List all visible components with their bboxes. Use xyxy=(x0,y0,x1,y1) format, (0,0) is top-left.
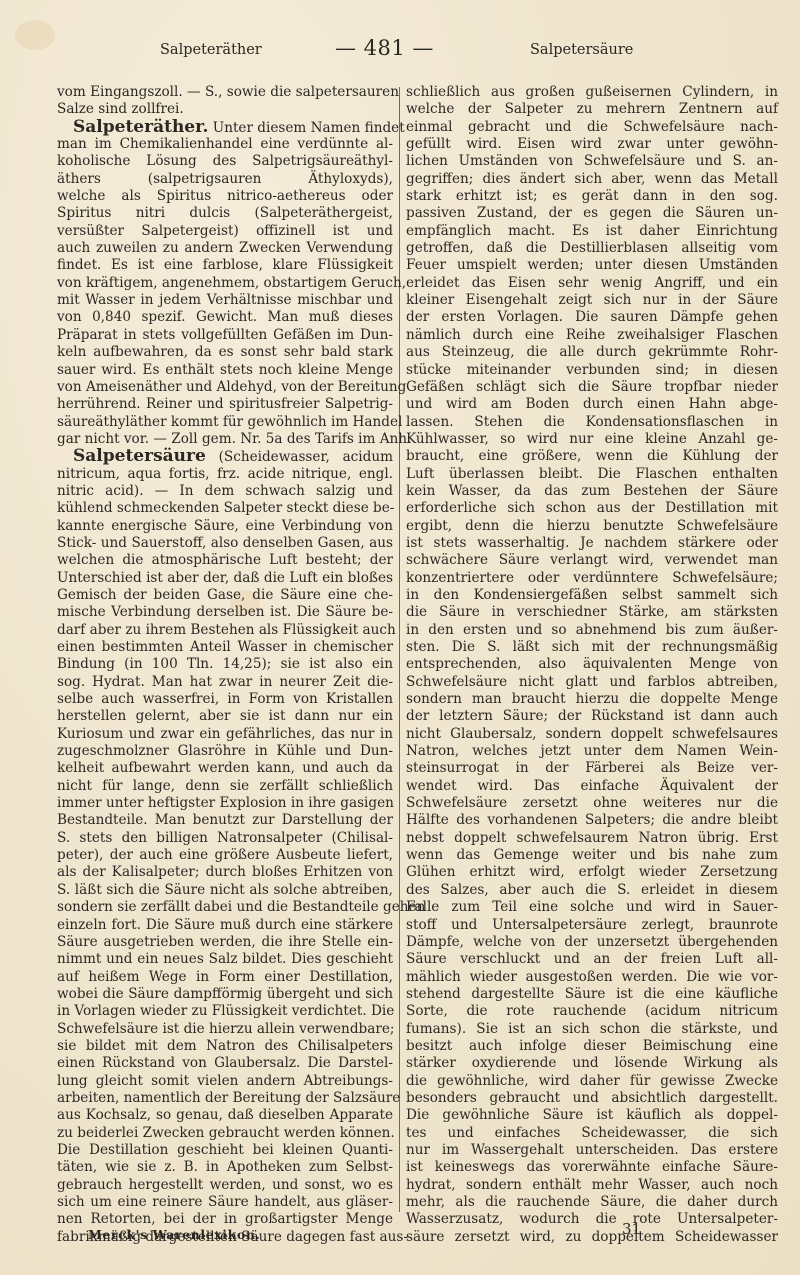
text-line: sog. Hydrat. Man hat zwar in neurer Zeit… xyxy=(57,674,393,691)
text-line: Bindung (in 100 Tln. 14,25); sie ist als… xyxy=(57,656,393,673)
text-line: der ersten Vorlagen. Die sauren Dämpfe g… xyxy=(406,309,778,326)
text-line: wenn das Gemenge weiter und bis nahe zum xyxy=(406,847,778,864)
text-line: die Säure in verschiedner Stärke, am stä… xyxy=(406,604,778,621)
text-line: nitric acid). — In dem schwach salzig un… xyxy=(57,483,393,500)
text-line: Präparat in stets vollgefüllten Gefäßen … xyxy=(57,327,393,344)
entry-headword: Salpeteräther. xyxy=(73,117,208,137)
text-line: keln aufbewahren, da es sonst sehr bald … xyxy=(57,344,393,361)
text-line: koholische Lösung des Salpetrigsäureäthy… xyxy=(57,153,393,170)
text-line: gebrauch hergestellt werden, und sonst, … xyxy=(57,1177,393,1194)
text-line: Stick- und Sauerstoff, also denselben Ga… xyxy=(57,535,393,552)
text-line: fumans). Sie ist an sich schon die stärk… xyxy=(406,1021,778,1038)
text-line: wendet wird. Das einfache Äquivalent der xyxy=(406,778,778,795)
text-line: braucht, eine größere, wenn die Kühlung … xyxy=(406,448,778,465)
text-line: nur im Wassergehalt unterscheiden. Das e… xyxy=(406,1142,778,1159)
text-line: darf aber zu ihrem Bestehen als Flüssigk… xyxy=(57,622,393,639)
text-line: zugeschmolzner Glasröhre in Kühle und Du… xyxy=(57,743,393,760)
text-line: Dämpfe, welche von der unzersetzt überge… xyxy=(406,934,778,951)
text-line: des Salzes, aber auch die S. erleidet in… xyxy=(406,882,778,899)
text-line: schließlich aus großen gußeisernen Cylin… xyxy=(406,84,778,101)
text-line: stark erhitzt ist; es gerät dann in den … xyxy=(406,188,778,205)
signature-mark: 31 xyxy=(622,1220,641,1238)
text-line: Säure ausgetrieben werden, die ihre Stel… xyxy=(57,934,393,951)
text-line: selbe auch wasserfrei, in Form von Krist… xyxy=(57,691,393,708)
text-line: sten. Die S. läßt sich mit der rechnungs… xyxy=(406,639,778,656)
text-line: als der Kalisalpeter; durch bloßes Erhit… xyxy=(57,864,393,881)
text-line: Sorte, die rote rauchende (acidum nitric… xyxy=(406,1003,778,1020)
text-line: Gefäßen schlägt sich die Säure tropfbar … xyxy=(406,379,778,396)
footer-imprint: Merck's Warenlexikon. xyxy=(88,1227,260,1242)
text-line: kühlend schmeckenden Salpeter steckt die… xyxy=(57,500,393,517)
text-line: immer unter heftigster Explosion in ihre… xyxy=(57,795,393,812)
text-line: kein Wasser, da das zum Bestehen der Säu… xyxy=(406,483,778,500)
text-line: Salpetersäure (Scheidewasser, acidum xyxy=(57,448,393,465)
text-line: Salpeteräther. Unter diesem Namen findet xyxy=(57,119,393,136)
text-line: nämlich durch eine Reihe zweihalsiger Fl… xyxy=(406,327,778,344)
text-line: Säure verschluckt und an der freien Luft… xyxy=(406,951,778,968)
running-head: Salpeteräther — 481 — Salpetersäure xyxy=(0,36,800,66)
text-line: Schwefelsäure ist die hierzu allein verw… xyxy=(57,1021,393,1038)
text-line: stärker oxydierende und lösende Wirkung … xyxy=(406,1055,778,1072)
text-line: Kühlwasser, so wird nur eine kleine Anza… xyxy=(406,431,778,448)
column-divider xyxy=(399,87,400,1212)
text-line: Feuer umspielt werden; unter diesen Umst… xyxy=(406,257,778,274)
text-line: zu beiderlei Zwecken gebraucht werden kö… xyxy=(57,1125,393,1142)
text-line: in den ersten und so abnehmend bis zum ä… xyxy=(406,622,778,639)
text-line: Luft überlassen bleibt. Die Flaschen ent… xyxy=(406,466,778,483)
text-line: herrührend. Reiner und spiritusfreier Sa… xyxy=(57,396,393,413)
running-head-left-term: Salpeteräther xyxy=(160,42,262,58)
text-line: aus Kochsalz, so genau, daß dieselben Ap… xyxy=(57,1107,393,1124)
text-line: besonders gebraucht und absichtlich darg… xyxy=(406,1090,778,1107)
text-line: Wasserzusatz, wodurch die rote Untersalp… xyxy=(406,1211,778,1228)
text-line: in den Kondensiergefäßen selbst sammelt … xyxy=(406,587,778,604)
text-line: täten, wie sie z. B. in Apotheken zum Se… xyxy=(57,1159,393,1176)
text-line: nicht für lange, denn sie zerfällt schli… xyxy=(57,778,393,795)
text-line: sauer wird. Es enthält stets noch kleine… xyxy=(57,362,393,379)
text-line: lassen. Stehen die Kondensationsflaschen… xyxy=(406,414,778,431)
text-line: welchen die atmosphärische Luft besteht;… xyxy=(57,552,393,569)
text-line: versüßter Salpetergeist) offizinell ist … xyxy=(57,223,393,240)
text-line: erforderliche sich schon aus der Destill… xyxy=(406,500,778,517)
text-line: aus Steinzeug, die alle durch gekrümmte … xyxy=(406,344,778,361)
text-line: die gewöhnliche, wird daher für gewisse … xyxy=(406,1073,778,1090)
text-line: vom Eingangszoll. — S., sowie die salpet… xyxy=(57,84,393,101)
text-line: äthers (salpetrigsauren Äthyloxyds), xyxy=(57,171,393,188)
text-line: in Vorlagen wieder zu Flüssigkeit verdic… xyxy=(57,1003,393,1020)
text-line: passiven Zustand, der es gegen die Säure… xyxy=(406,205,778,222)
text-line: ist stets wasserhaltig. Je nachdem stärk… xyxy=(406,535,778,552)
page-number: — 481 — xyxy=(335,36,434,60)
text-line: stoff und Untersalpetersäure zerlegt, br… xyxy=(406,917,778,934)
text-line: stehend dargestellte Säure ist die eine … xyxy=(406,986,778,1003)
text-line: stücke miteinander verbunden sind; in di… xyxy=(406,362,778,379)
text-line: von kräftigem, angenehmem, obstartigem G… xyxy=(57,275,393,292)
text-line: lichen Umständen von Schwefelsäure und S… xyxy=(406,153,778,170)
text-line: hydrat, sondern enthält mehr Wasser, auc… xyxy=(406,1177,778,1194)
text-line: nimmt und ein neues Salz bildet. Dies ge… xyxy=(57,951,393,968)
text-line: auch zuweilen zu andern Zwecken Verwendu… xyxy=(57,240,393,257)
text-line: kelheit aufbewahrt werden kann, und auch… xyxy=(57,760,393,777)
text-line: gegriffen; dies ändert sich aber, wenn d… xyxy=(406,171,778,188)
text-line: von 0,840 spezif. Gewicht. Man muß diese… xyxy=(57,309,393,326)
text-line: einmal gebracht und die Schwefelsäure na… xyxy=(406,119,778,136)
text-line: konzentriertere oder verdünntere Schwefe… xyxy=(406,570,778,587)
entry-headword: Salpetersäure xyxy=(73,446,206,466)
running-head-right-term: Salpetersäure xyxy=(530,42,633,58)
text-line: Bestandteile. Man benutzt zur Darstellun… xyxy=(57,812,393,829)
text-line: findet. Es ist eine farblose, klare Flüs… xyxy=(57,257,393,274)
text-line: Schwefelsäure nicht glatt und farblos ab… xyxy=(406,674,778,691)
text-line: säureäthyläther kommt für gewöhnlich im … xyxy=(57,414,393,431)
text-line: kannte energische Säure, eine Verbindung… xyxy=(57,518,393,535)
text-line: nebst doppelt schwefelsaurem Natron übri… xyxy=(406,830,778,847)
text-line: gefüllt wird. Eisen wird zwar unter gewö… xyxy=(406,136,778,153)
text-line: S. läßt sich die Säure nicht als solche … xyxy=(57,882,393,899)
text-line: nicht Glaubersalz, sondern doppelt schwe… xyxy=(406,726,778,743)
text-line: Falle zum Teil eine solche und wird in S… xyxy=(406,899,778,916)
text-line: sondern sie zerfällt dabei und die Besta… xyxy=(57,899,393,916)
text-line: kleiner Eisengehalt zeigt sich nur in de… xyxy=(406,292,778,309)
text-line: Spiritus nitri dulcis (Salpeteräthergeis… xyxy=(57,205,393,222)
text-line: Schwefelsäure zersetzt ohne weiteres nur… xyxy=(406,795,778,812)
right-column: schließlich aus großen gußeisernen Cylin… xyxy=(406,84,778,1246)
left-column: vom Eingangszoll. — S., sowie die salpet… xyxy=(57,84,393,1246)
text-line: Gemisch der beiden Gase, die Säure eine … xyxy=(57,587,393,604)
text-line: der letztern Säure; der Rückstand ist da… xyxy=(406,708,778,725)
text-line: einzeln fort. Die Säure muß durch eine s… xyxy=(57,917,393,934)
text-line: mehr, als die rauchende Säure, die daher… xyxy=(406,1194,778,1211)
text-line: tes und einfaches Scheidewasser, die sic… xyxy=(406,1125,778,1142)
text-line: mische Verbindung derselben ist. Die Säu… xyxy=(57,604,393,621)
text-line: ist keineswegs das vorerwähnte einfache … xyxy=(406,1159,778,1176)
text-line: Natron, welches jetzt unter dem Namen We… xyxy=(406,743,778,760)
text-line: erleidet das Eisen sehr wenig Angriff, u… xyxy=(406,275,778,292)
text-line: arbeiten, namentlich der Bereitung der S… xyxy=(57,1090,393,1107)
text-line: von Ameisenäther und Aldehyd, von der Be… xyxy=(57,379,393,396)
text-line: wobei die Säure dampfförmig übergeht und… xyxy=(57,986,393,1003)
text-line: empfänglich macht. Es ist daher Einricht… xyxy=(406,223,778,240)
text-line: auf heißem Wege in Form einer Destillati… xyxy=(57,969,393,986)
text-line: lung gleicht somit vielen andern Abtreib… xyxy=(57,1073,393,1090)
text-line: herstellen gelernt, aber sie ist dann nu… xyxy=(57,708,393,725)
text-line: mählich wieder ausgestoßen werden. Die w… xyxy=(406,969,778,986)
text-line: ergibt, denn die hierzu benutzte Schwefe… xyxy=(406,518,778,535)
text-line: und wird am Boden durch einen Hahn abge- xyxy=(406,396,778,413)
text-line: einen Rückstand von Glaubersalz. Die Dar… xyxy=(57,1055,393,1072)
text-line: Glühen erhitzt wird, erfolgt wieder Zers… xyxy=(406,864,778,881)
text-line: getroffen, daß die Destillierblasen alls… xyxy=(406,240,778,257)
text-line: säure zersetzt wird, zu doppeltem Scheid… xyxy=(406,1229,778,1246)
text-line: peter), der auch eine größere Ausbeute l… xyxy=(57,847,393,864)
text-line: sondern man braucht hierzu die doppelte … xyxy=(406,691,778,708)
text-line: entsprechenden, also äquivalenten Menge … xyxy=(406,656,778,673)
text-line: S. stets den billigen Natronsalpeter (Ch… xyxy=(57,830,393,847)
text-line: welche der Salpeter zu mehrern Zentnern … xyxy=(406,101,778,118)
text-line: schwächere Säure verlangt wird, verwende… xyxy=(406,552,778,569)
text-line: sich um eine reinere Säure handelt, aus … xyxy=(57,1194,393,1211)
text-line: sie bildet mit dem Natron des Chilisalpe… xyxy=(57,1038,393,1055)
text-line: Die Destillation geschieht bei kleinen Q… xyxy=(57,1142,393,1159)
text-line: nitricum, aqua fortis, frz. acide nitriq… xyxy=(57,466,393,483)
text-line: steinsurrogat in der Färberei als Beize … xyxy=(406,760,778,777)
text-line: mit Wasser in jedem Verhältnisse mischba… xyxy=(57,292,393,309)
text-line: welche als Spiritus nitrico-aethereus od… xyxy=(57,188,393,205)
text-line: Die gewöhnliche Säure ist käuflich als d… xyxy=(406,1107,778,1124)
text-line: einen bestimmten Anteil Wasser in chemis… xyxy=(57,639,393,656)
text-line: Unterschied ist aber der, daß die Luft e… xyxy=(57,570,393,587)
text-line: besitzt auch infolge dieser Beimischung … xyxy=(406,1038,778,1055)
text-line: Kuriosum und zwar ein gefährliches, das … xyxy=(57,726,393,743)
text-line: Hälfte des vorhandenen Salpeters; die an… xyxy=(406,812,778,829)
text-line: man im Chemikalienhandel eine verdünnte … xyxy=(57,136,393,153)
